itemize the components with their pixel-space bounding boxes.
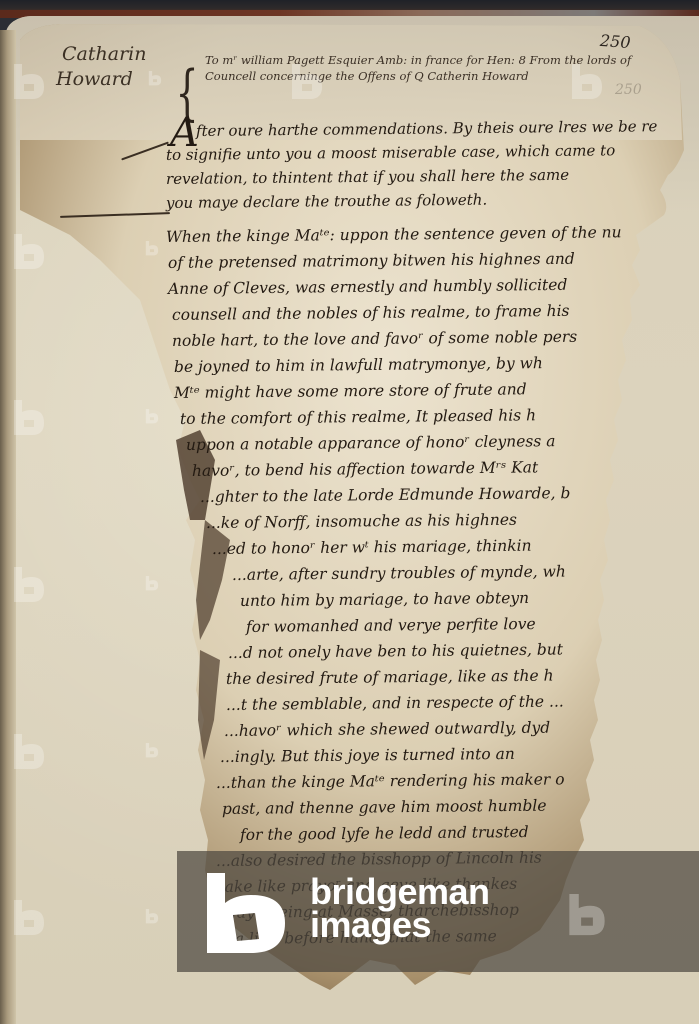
body-line: for the good lyfe he ledd and trusted bbox=[240, 823, 529, 844]
watermark-b-icon bbox=[12, 62, 46, 100]
letter-heading: To mʳ william Pagett Esquier Amb: in fra… bbox=[205, 52, 631, 84]
watermark-b-icon bbox=[12, 232, 46, 270]
body-line: ...ingly. But this joye is turned into a… bbox=[220, 745, 515, 766]
watermark-b-icon bbox=[290, 62, 324, 100]
margin-note-line-1: Catharin bbox=[62, 42, 146, 67]
body-line: ...arte, after sundry troubles of mynde,… bbox=[232, 563, 566, 584]
folio-number-faint: 250 bbox=[615, 82, 642, 98]
margin-note: Catharin Howard bbox=[62, 42, 146, 92]
body-line: ...than the kinge Maᵗᵉ rendering his mak… bbox=[216, 770, 565, 792]
watermark-b-icon bbox=[145, 408, 159, 424]
body-line: ...havoʳ which she shewed outwardly, dyd bbox=[224, 719, 550, 740]
brand-line-2: images bbox=[310, 908, 490, 941]
brand-wordmark: bridgeman images bbox=[310, 875, 490, 941]
heading-line-2: Councell concerninge the Offens of Q Cat… bbox=[205, 68, 631, 84]
body-line: Mᵗᵉ might have some more store of frute … bbox=[174, 380, 527, 402]
watermark-banner: bridgeman images bbox=[177, 851, 699, 972]
watermark-b-icon bbox=[145, 908, 159, 924]
watermark-b-icon bbox=[12, 398, 46, 436]
watermark-b-icon bbox=[567, 891, 607, 937]
watermark-b-icon bbox=[145, 575, 159, 591]
watermark-b-icon bbox=[145, 240, 159, 256]
body-line: for womanhed and verye perfite love bbox=[246, 615, 536, 636]
body-line: to the comfort of this realme, It please… bbox=[180, 406, 536, 428]
heading-line-1: To mʳ william Pagett Esquier Amb: in fra… bbox=[205, 52, 631, 68]
body-line: you maye declare the trouthe as foloweth… bbox=[166, 191, 487, 212]
margin-note-line-2: Howard bbox=[56, 67, 146, 92]
watermark-b-icon bbox=[145, 742, 159, 758]
watermark-b-icon bbox=[12, 732, 46, 770]
body-line: havoʳ, to bend his affection towarde Mʳˢ… bbox=[192, 458, 538, 480]
watermark-b-icon bbox=[12, 565, 46, 603]
body-line: the desired frute of mariage, like as th… bbox=[226, 667, 554, 688]
body-line: ...ghter to the late Lorde Edmunde Howar… bbox=[200, 484, 571, 506]
folio-number: 250 bbox=[599, 31, 631, 52]
watermark-b-icon bbox=[570, 62, 604, 100]
body-line: ...ed to honoʳ her wᵗ his mariage, think… bbox=[212, 537, 532, 558]
body-line: unto him by mariage, to have obteyn bbox=[240, 589, 529, 610]
body-line: past, and thenne gave him moost humble bbox=[222, 797, 547, 818]
body-line: ...ke of Norff, insomuche as his highnes bbox=[206, 511, 517, 532]
body-line: ...d not onely have ben to his quietnes,… bbox=[228, 640, 563, 662]
manuscript-photo: Catharin Howard 250 250 { To mʳ william … bbox=[0, 0, 699, 1024]
body-line: ...t the semblable, and in respecte of t… bbox=[226, 692, 564, 714]
watermark-b-icon bbox=[12, 898, 46, 936]
watermark-b-icon bbox=[148, 70, 162, 86]
bridgeman-logo-icon bbox=[207, 873, 287, 953]
